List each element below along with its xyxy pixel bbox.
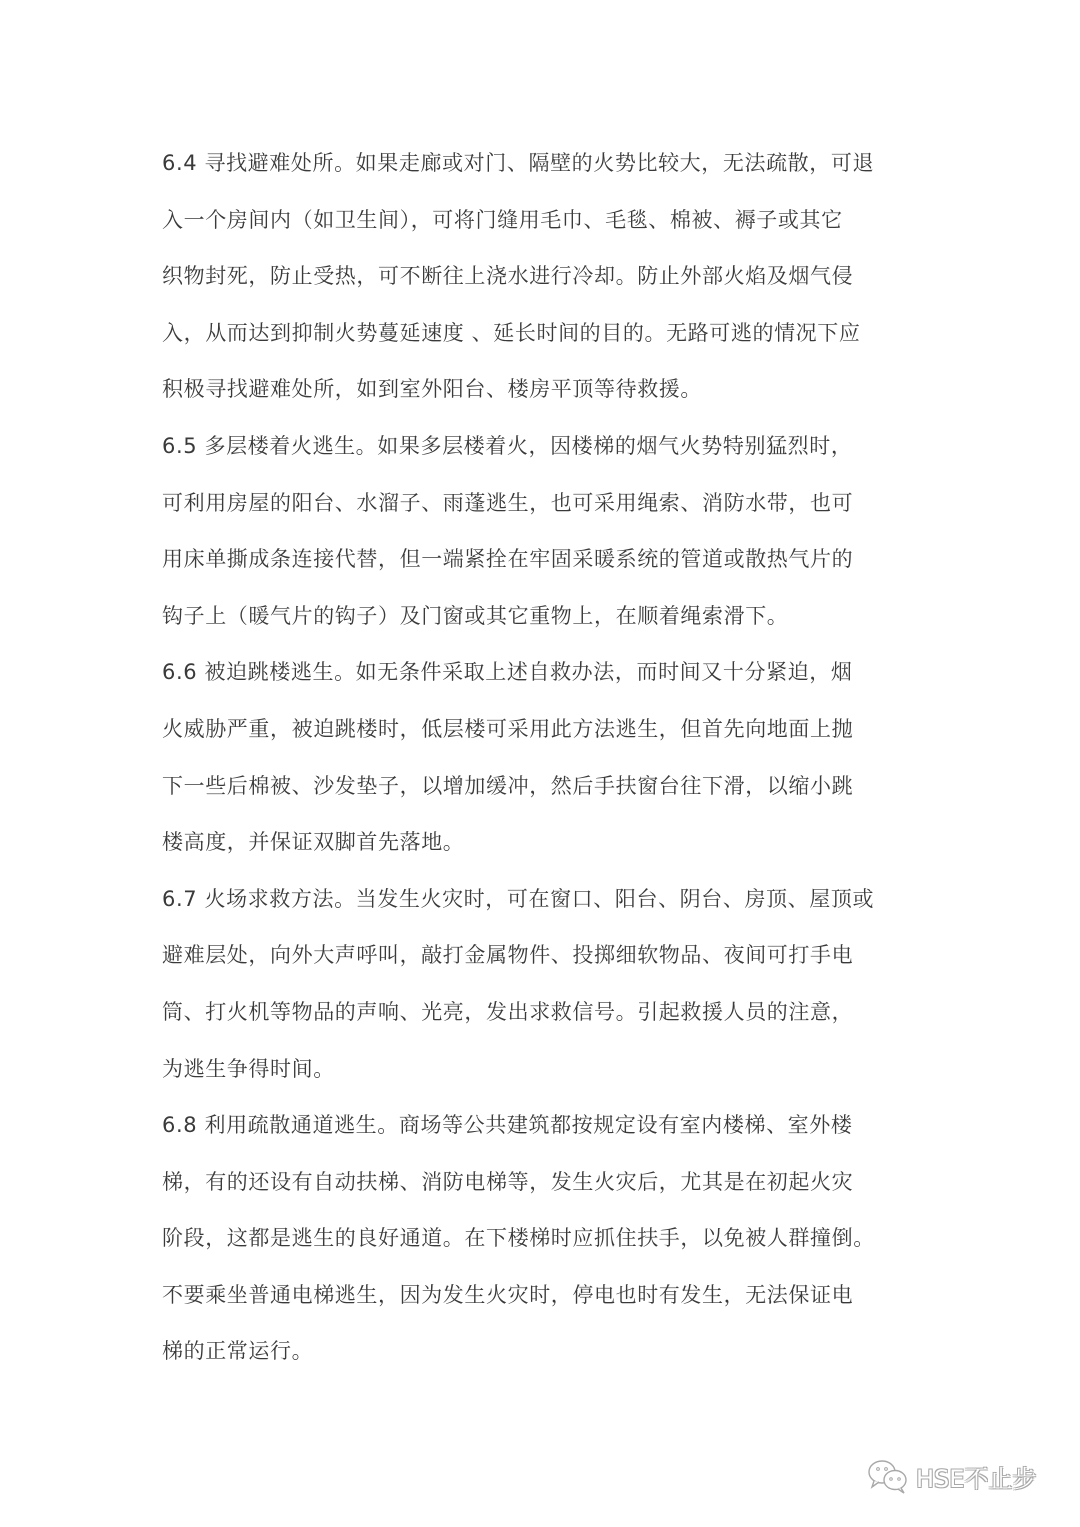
text-line: 避难层处，向外大声呼叫，敲打金属物件、投掷细软物品、夜间可打手电 [162, 927, 918, 984]
text-line: 6.5 多层楼着火逃生。如果多层楼着火，因楼梯的烟气火势特别猛烈时， [162, 418, 918, 475]
wechat-icon [866, 1458, 910, 1494]
text-line: 用床单撕成条连接代替，但一端紧拴在牢固采暖系统的管道或散热气片的 [162, 531, 918, 588]
text-line: 火威胁严重，被迫跳楼时，低层楼可采用此方法逃生，但首先向地面上抛 [162, 701, 918, 758]
text-line: 6.6 被迫跳楼逃生。如无条件采取上述自救办法，而时间又十分紧迫，烟 [162, 644, 918, 701]
text-line: 入一个房间内（如卫生间），可将门缝用毛巾、毛毯、棉被、褥子或其它 [162, 192, 918, 249]
section-6-7: 6.7 火场求救方法。当发生火灾时，可在窗口、阳台、阴台、房顶、屋顶或 避难层处… [162, 871, 918, 1097]
text-line: 下一些后棉被、沙发垫子，以增加缓冲，然后手扶窗台往下滑，以缩小跳 [162, 758, 918, 815]
text-line: 织物封死，防止受热，可不断往上浇水进行冷却。防止外部火焰及烟气侵 [162, 248, 918, 305]
text-line: 可利用房屋的阳台、水溜子、雨蓬逃生，也可采用绳索、消防水带，也可 [162, 475, 918, 532]
text-line: 不要乘坐普通电梯逃生，因为发生火灾时，停电也时有发生，无法保证电 [162, 1267, 918, 1324]
text-line: 梯，有的还设有自动扶梯、消防电梯等，发生火灾后，尤其是在初起火灾 [162, 1154, 918, 1211]
text-line: 6.4 寻找避难处所。如果走廊或对门、隔壁的火势比较大，无法疏散，可退 [162, 135, 918, 192]
section-6-8: 6.8 利用疏散通道逃生。商场等公共建筑都按规定设有室内楼梯、室外楼 梯，有的还… [162, 1097, 918, 1380]
text-line: 6.8 利用疏散通道逃生。商场等公共建筑都按规定设有室内楼梯、室外楼 [162, 1097, 918, 1154]
document-body: 6.4 寻找避难处所。如果走廊或对门、隔壁的火势比较大，无法疏散，可退 入一个房… [162, 135, 918, 1380]
text-line: 入，从而达到抑制火势蔓延速度 、延长时间的目的。无路可逃的情况下应 [162, 305, 918, 362]
text-line: 梯的正常运行。 [162, 1323, 918, 1380]
section-6-6: 6.6 被迫跳楼逃生。如无条件采取上述自救办法，而时间又十分紧迫，烟 火威胁严重… [162, 644, 918, 870]
text-line: 6.7 火场求救方法。当发生火灾时，可在窗口、阳台、阴台、房顶、屋顶或 [162, 871, 918, 928]
section-6-5: 6.5 多层楼着火逃生。如果多层楼着火，因楼梯的烟气火势特别猛烈时， 可利用房屋… [162, 418, 918, 644]
text-line: 积极寻找避难处所，如到室外阳台、楼房平顶等待救援。 [162, 361, 918, 418]
text-line: 阶段，这都是逃生的良好通道。在下楼梯时应抓住扶手，以免被人群撞倒。 [162, 1210, 918, 1267]
text-line: 楼高度，并保证双脚首先落地。 [162, 814, 918, 871]
text-line: 钩子上（暖气片的钩子）及门窗或其它重物上，在顺着绳索滑下。 [162, 588, 918, 645]
text-line: 筒、打火机等物品的声响、光亮，发出求救信号。引起救援人员的注意， [162, 984, 918, 1041]
text-line: 为逃生争得时间。 [162, 1041, 918, 1098]
section-6-4: 6.4 寻找避难处所。如果走廊或对门、隔壁的火势比较大，无法疏散，可退 入一个房… [162, 135, 918, 418]
watermark: HSE不止步 [866, 1458, 1036, 1494]
watermark-text: HSE不止步 [916, 1459, 1036, 1494]
